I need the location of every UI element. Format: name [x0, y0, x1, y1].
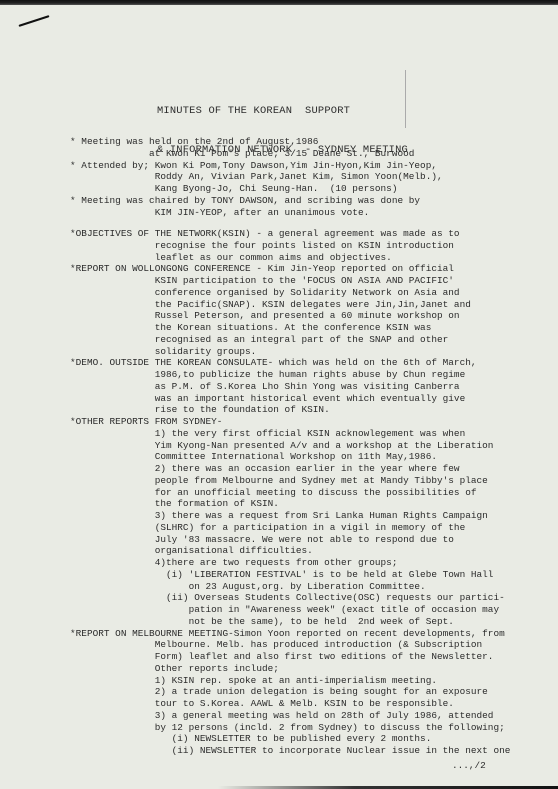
- minutes-line: the Pacific(SNAP). KSIN delegates were J…: [70, 299, 471, 311]
- minutes-line: Russel Peterson, and presented a 60 minu…: [70, 310, 460, 322]
- meeting-detail-line: KIM JIN-YEOP, after an unanimous vote.: [70, 207, 369, 219]
- minutes-line: Yim Kyong-Nan presented A/v and a worksh…: [70, 440, 493, 452]
- minutes-line: organisational difficulties.: [70, 545, 313, 557]
- minutes-line: 1986,to publicize the human rights abuse…: [70, 369, 465, 381]
- minutes-line: by 12 persons (incld. 2 from Sydney) to …: [70, 722, 505, 734]
- scan-top-edge: [0, 0, 558, 5]
- minutes-line: (ii) NEWSLETTER to incorporate Nuclear i…: [70, 745, 510, 757]
- minutes-line: conference organised by Solidarity Netwo…: [70, 287, 460, 299]
- meeting-detail-line: * Meeting was held on the 2nd of August,…: [70, 136, 318, 148]
- minutes-line: tour to S.Korea. AAWL & Melb. KSIN to be…: [70, 698, 454, 710]
- minutes-line: *REPORT ON MELBOURNE MEETING-Simon Yoon …: [70, 628, 505, 640]
- meeting-detail-line: Kang Byong-Jo, Chi Seung-Han. (10 person…: [70, 183, 397, 195]
- minutes-line: solidarity groups.: [70, 346, 256, 358]
- minutes-line: 3) a general meeting was held on 28th of…: [70, 710, 493, 722]
- minutes-line: 2) there was an occasion earlier in the …: [70, 463, 460, 475]
- minutes-line: *OTHER REPORTS FROM SYDNEY-: [70, 416, 222, 428]
- minutes-line: on 23 August,org. by Liberation Committe…: [70, 581, 426, 593]
- minutes-line: (ii) Overseas Students Collective(OSC) r…: [70, 592, 505, 604]
- handwritten-pen-mark: [18, 15, 49, 27]
- minutes-line: Other reports include;: [70, 663, 279, 675]
- minutes-line: Melbourne. Melb. has produced introducti…: [70, 639, 482, 651]
- minutes-line: 4)there are two requests from other grou…: [70, 557, 397, 569]
- minutes-line: *OBJECTIVES OF THE NETWORK(KSIN) - a gen…: [70, 228, 460, 240]
- meeting-detail-line: * Meeting was chaired by TONY DAWSON, an…: [70, 195, 420, 207]
- minutes-line: (i) 'LIBERATION FESTIVAL' is to be held …: [70, 569, 493, 581]
- meeting-detail-line: Roddy An, Vivian Park,Janet Kim, Simon Y…: [70, 171, 443, 183]
- minutes-line: (i) NEWSLETTER to be published every 2 m…: [70, 733, 431, 745]
- minutes-line: the Korean situations. At the conference…: [70, 322, 431, 334]
- meeting-detail-line: at Kwon Ki Pom's place; 3/15 Deane St., …: [70, 148, 414, 160]
- minutes-line: 3) there was a request from Sri Lanka Hu…: [70, 510, 488, 522]
- minutes-line: leaflet as our common aims and objective…: [70, 252, 392, 264]
- minutes-line: KSIN participation to the 'FOCUS ON ASIA…: [70, 275, 454, 287]
- meeting-detail-line: * Attended by; Kwon Ki Pom,Tony Dawson,Y…: [70, 160, 437, 172]
- minutes-line: (SLHRC) for a participation in a vigil i…: [70, 522, 465, 534]
- minutes-line: 1) KSIN rep. spoke at an anti-imperialis…: [70, 675, 437, 687]
- title-line-1: MINUTES OF THE KOREAN SUPPORT: [157, 105, 408, 118]
- minutes-line: rise to the foundation of KSIN.: [70, 404, 330, 416]
- page-continuation-marker: ...,/2: [452, 760, 486, 771]
- minutes-line: *REPORT ON WOLLONGONG CONFERENCE - Kim J…: [70, 263, 454, 275]
- minutes-line: recognised as an integral part of the SN…: [70, 334, 448, 346]
- minutes-line: Form) leaflet and also first two edition…: [70, 651, 493, 663]
- minutes-line: the formation of KSIN.: [70, 498, 279, 510]
- minutes-line: recognise the four points listed on KSIN…: [70, 240, 454, 252]
- minutes-line: pation in "Awareness week" (exact title …: [70, 604, 499, 616]
- minutes-line: Committee International Workshop on 11th…: [70, 451, 437, 463]
- minutes-line: for an unofficial meeting to discuss the…: [70, 487, 477, 499]
- minutes-line: *DEMO. OUTSIDE THE KOREAN CONSULATE- whi…: [70, 357, 477, 369]
- minutes-line: people from Melbourne and Sydney met at …: [70, 475, 488, 487]
- minutes-line: not be the same), to be held 2nd week of…: [70, 616, 454, 628]
- minutes-line: 2) a trade union delegation is being sou…: [70, 686, 488, 698]
- minutes-line: 1) the very first official KSIN acknowle…: [70, 428, 465, 440]
- minutes-line: July '83 massacre. We were not able to r…: [70, 534, 454, 546]
- minutes-line: was an important historical event which …: [70, 393, 465, 405]
- minutes-line: as P.M. of S.Korea Lho Shin Yong was vis…: [70, 381, 460, 393]
